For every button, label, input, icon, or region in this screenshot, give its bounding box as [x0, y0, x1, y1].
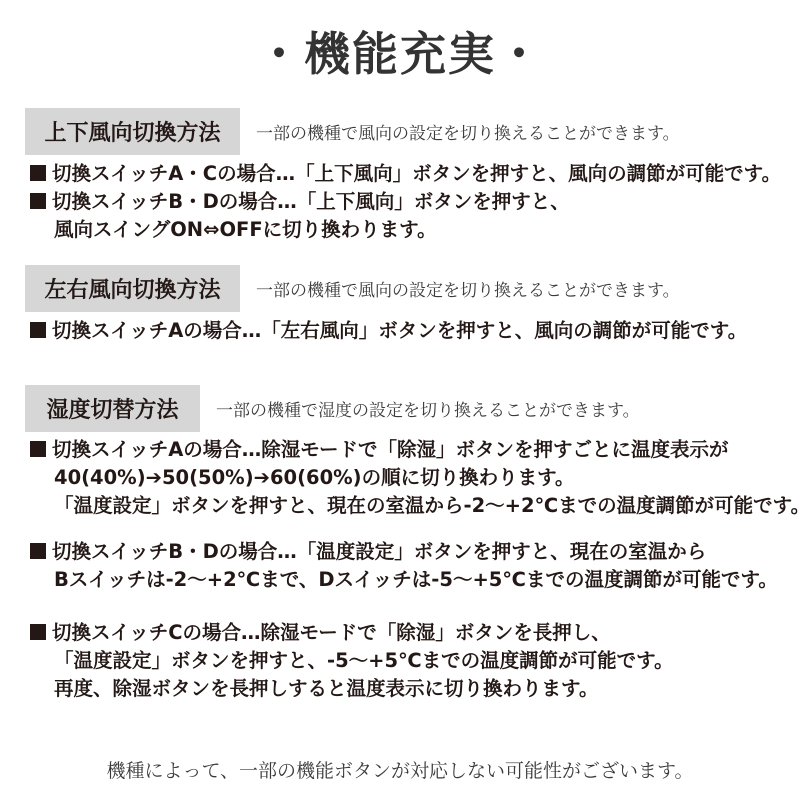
list-item: 切換スイッチB・Dの場合…「上下風向」ボタンを押すと、	[30, 188, 781, 216]
list-item: 切換スイッチAの場合…除湿モードで「除湿」ボタンを押すごとに温度表示が	[30, 436, 800, 464]
section-humidity-header: 湿度切替方法 一部の機種で湿度の設定を切り換えることができます。	[25, 385, 640, 432]
section-label: 左右風向切換方法	[25, 265, 240, 312]
section-horizontal-airflow-items: 切換スイッチAの場合…「左右風向」ボタンを押すと、風向の調節が可能です。	[30, 317, 747, 345]
section-horizontal-airflow-header: 左右風向切換方法 一部の機種で風向の設定を切り換えることができます。	[25, 265, 680, 312]
list-item: 切換スイッチAの場合…「左右風向」ボタンを押すと、風向の調節が可能です。	[30, 317, 747, 345]
list-item: 切換スイッチA・Cの場合…「上下風向」ボタンを押すと、風向の調節が可能です。	[30, 160, 781, 188]
section-vertical-airflow-items: 切換スイッチA・Cの場合…「上下風向」ボタンを押すと、風向の調節が可能です。 切…	[30, 160, 781, 244]
section-label: 上下風向切換方法	[25, 108, 240, 155]
list-item: 切換スイッチB・Dの場合…「温度設定」ボタンを押すと、現在の室温から	[30, 538, 778, 566]
list-item-continuation: 40(40%)➔50(50%)➔60(60%)の順に切り換わります。	[30, 464, 800, 492]
section-description: 一部の機種で湿度の設定を切り換えることができます。	[216, 396, 640, 421]
footer-note: 機種によって、一部の機能ボタンが対応しない可能性がございます。	[0, 756, 800, 783]
square-bullet-icon	[30, 165, 46, 181]
section-humidity-item-a: 切換スイッチAの場合…除湿モードで「除湿」ボタンを押すごとに温度表示が 40(4…	[30, 436, 800, 520]
list-item-continuation: 「温度設定」ボタンを押すと、現在の室温から-2～+2℃までの温度調節が可能です。	[30, 492, 800, 520]
square-bullet-icon	[30, 441, 46, 457]
section-description: 一部の機種で風向の設定を切り換えることができます。	[256, 276, 680, 301]
list-item-continuation: 「温度設定」ボタンを押すと、-5～+5℃までの温度調節が可能です。	[30, 647, 674, 675]
square-bullet-icon	[30, 543, 46, 559]
page-title: ・機能充実・	[0, 18, 800, 84]
square-bullet-icon	[30, 322, 46, 338]
section-label: 湿度切替方法	[25, 385, 200, 432]
list-item-continuation: 再度、除湿ボタンを長押しすると温度表示に切り換わります。	[30, 675, 674, 703]
section-description: 一部の機種で風向の設定を切り換えることができます。	[256, 119, 680, 144]
square-bullet-icon	[30, 624, 46, 640]
list-item-continuation: 風向スイングON⇔OFFに切り換わります。	[30, 216, 781, 244]
list-item-continuation: Bスイッチは-2～+2℃まで、Dスイッチは-5～+5℃までの温度調節が可能です。	[30, 566, 778, 594]
section-humidity-item-bd: 切換スイッチB・Dの場合…「温度設定」ボタンを押すと、現在の室温から Bスイッチ…	[30, 538, 778, 594]
list-item: 切換スイッチCの場合…除湿モードで「除湿」ボタンを長押し、	[30, 619, 674, 647]
square-bullet-icon	[30, 193, 46, 209]
section-humidity-item-c: 切換スイッチCの場合…除湿モードで「除湿」ボタンを長押し、 「温度設定」ボタンを…	[30, 619, 674, 703]
section-vertical-airflow-header: 上下風向切換方法 一部の機種で風向の設定を切り換えることができます。	[25, 108, 680, 155]
